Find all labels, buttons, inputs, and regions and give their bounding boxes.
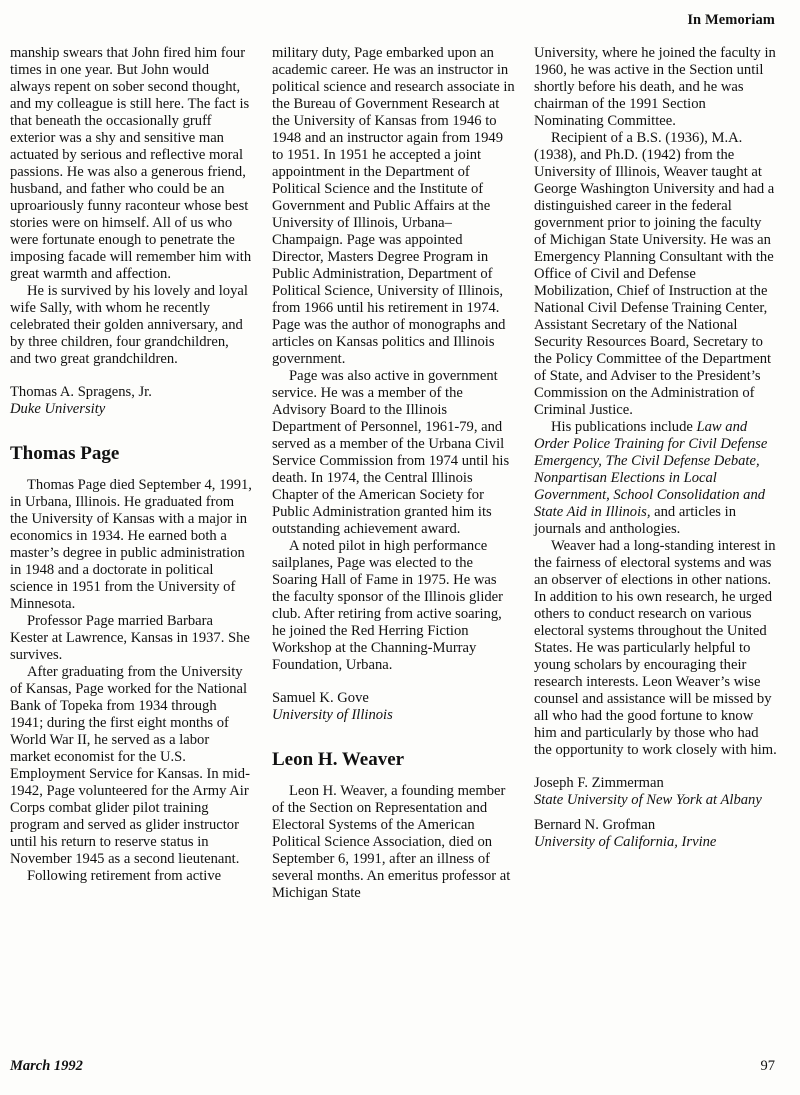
footer-issue-date: March 1992 — [10, 1058, 83, 1075]
signature-affiliation: State University of New York at Albany — [534, 792, 777, 809]
obituary-heading-thomas-page: Thomas Page — [10, 443, 253, 464]
page-footer: March 1992 97 — [10, 1058, 775, 1075]
running-head: In Memoriam — [687, 12, 775, 29]
column-1: manship swears that John fired him four … — [10, 45, 253, 902]
paragraph-continuation: manship swears that John fired him four … — [10, 45, 253, 283]
text-columns: manship swears that John fired him four … — [10, 45, 778, 902]
paragraph: He is survived by his lovely and loyal w… — [10, 283, 253, 368]
signature-block-gove: Samuel K. Gove University of Illinois — [272, 690, 515, 724]
paragraph: Thomas Page died September 4, 1991, in U… — [10, 477, 253, 613]
paragraph: Page was also active in government servi… — [272, 368, 515, 538]
signature-affiliation: University of Illinois — [272, 707, 515, 724]
paragraph: Recipient of a B.S. (1936), M.A. (1938),… — [534, 130, 777, 419]
paragraph: Weaver had a long-standing interest in t… — [534, 538, 777, 759]
paragraph: Leon H. Weaver, a founding member of the… — [272, 783, 515, 902]
signature-name: Bernard N. Grofman — [534, 817, 777, 834]
publications-intro: His publications include — [551, 419, 697, 435]
signature-name: Joseph F. Zimmerman — [534, 775, 777, 792]
paragraph: Following retirement from active — [10, 868, 253, 885]
column-3: University, where he joined the faculty … — [534, 45, 777, 902]
obituary-heading-leon-weaver: Leon H. Weaver — [272, 749, 515, 770]
signature-block-grofman: Bernard N. Grofman University of Califor… — [534, 817, 777, 851]
signature-block-zimmerman: Joseph F. Zimmerman State University of … — [534, 775, 777, 809]
footer-page-number: 97 — [761, 1058, 776, 1075]
paragraph-continuation: University, where he joined the faculty … — [534, 45, 777, 130]
signature-affiliation: University of California, Irvine — [534, 834, 777, 851]
paragraph: Professor Page married Barbara Kester at… — [10, 613, 253, 664]
column-2: military duty, Page embarked upon an aca… — [272, 45, 515, 902]
signature-affiliation: Duke University — [10, 401, 253, 418]
paragraph: A noted pilot in high performance sailpl… — [272, 538, 515, 674]
paragraph-publications: His publications include Law and Order P… — [534, 419, 777, 538]
signature-block-spragens: Thomas A. Spragens, Jr. Duke University — [10, 384, 253, 418]
journal-page: In Memoriam manship swears that John fir… — [0, 0, 800, 1095]
paragraph-continuation: military duty, Page embarked upon an aca… — [272, 45, 515, 368]
signature-name: Thomas A. Spragens, Jr. — [10, 384, 253, 401]
signature-name: Samuel K. Gove — [272, 690, 515, 707]
paragraph: After graduating from the University of … — [10, 664, 253, 868]
